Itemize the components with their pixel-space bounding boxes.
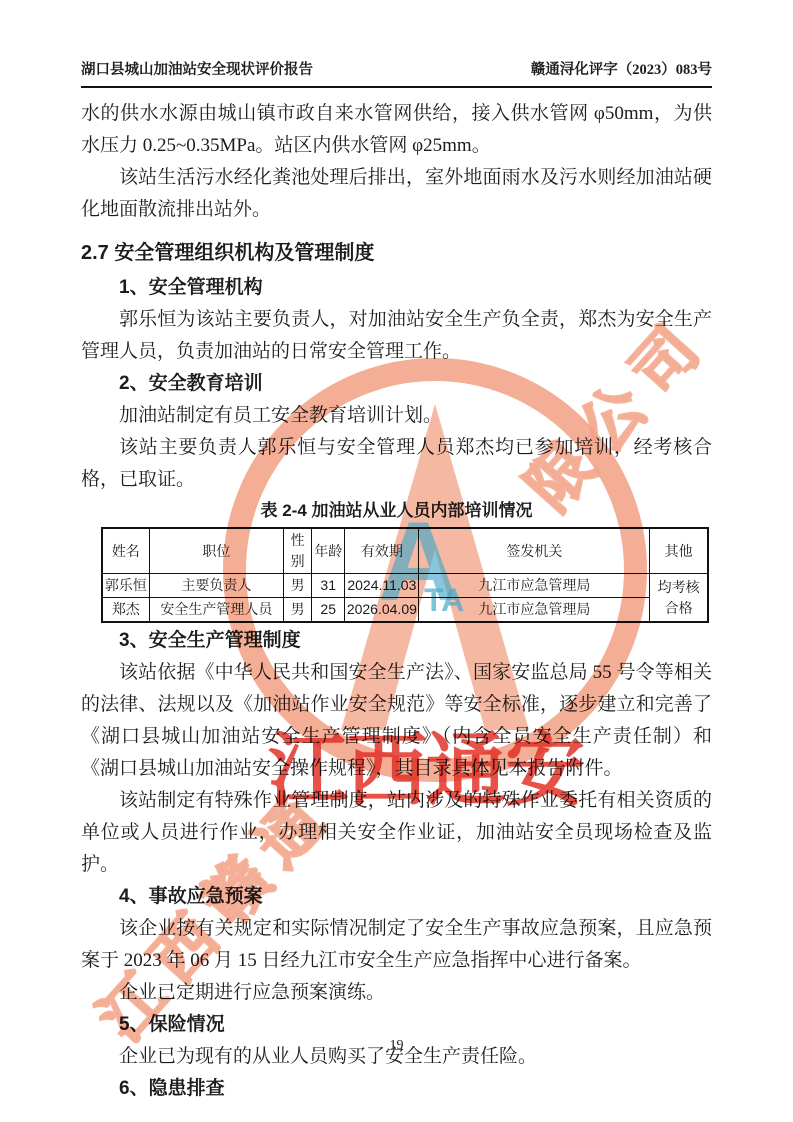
document-body: 水的供水水源由城山镇市政自来水管网供给，接入供水管网 φ50mm，为供水压力 0… — [81, 98, 712, 1105]
section-heading-2-7: 2.7 安全管理组织机构及管理制度 — [81, 236, 712, 270]
cell-position: 主要负责人 — [149, 574, 283, 598]
paragraph-sewage: 该站生活污水经化粪池处理后排出，室外地面雨水及污水则经加油站硬化地面散流排出站外… — [81, 162, 712, 226]
cell-gender: 男 — [284, 598, 312, 623]
paragraph-training-plan: 加油站制定有员工安全教育培训计划。 — [81, 400, 712, 432]
table-row: 郭乐恒 主要负责人 男 31 2024.11.03 九江市应急管理局 均考核合格 — [102, 574, 708, 598]
table-row: 郑杰 安全生产管理人员 男 25 2026.04.09 九江市应急管理局 — [102, 598, 708, 623]
cell-other-merged: 均考核合格 — [650, 574, 708, 623]
paragraph-org-duties: 郭乐恒为该站主要负责人，对加油站安全生产负全责，郑杰为安全生产管理人员，负责加油… — [81, 304, 712, 368]
paragraph-emergency-filing: 该企业按有关规定和实际情况制定了安全生产事故应急预案，且应急预案于 2023 年… — [81, 913, 712, 977]
document-page: 湖口县城山加油站安全现状评价报告 赣通浔化评字（2023）083号 水的供水水源… — [0, 0, 793, 1122]
cell-position: 安全生产管理人员 — [149, 598, 283, 623]
paragraph-water-supply: 水的供水水源由城山镇市政自来水管网供给，接入供水管网 φ50mm，为供水压力 0… — [81, 98, 712, 162]
column-header-age: 年龄 — [312, 528, 345, 574]
training-table: 姓名 职位 性别 年龄 有效期 签发机关 其他 郭乐恒 主要负责人 男 31 2… — [101, 527, 709, 623]
cell-name: 郑杰 — [102, 598, 149, 623]
column-header-name: 姓名 — [102, 528, 149, 574]
cell-authority: 九江市应急管理局 — [419, 574, 650, 598]
cell-age: 25 — [312, 598, 345, 623]
subheading-2-safety-training: 2、安全教育培训 — [81, 368, 712, 400]
subheading-5-insurance: 5、保险情况 — [81, 1009, 712, 1041]
paragraph-training-result: 该站主要负责人郭乐恒与安全管理人员郑杰均已参加培训，经考核合格，已取证。 — [81, 432, 712, 496]
paragraph-drill: 企业已定期进行应急预案演练。 — [81, 977, 712, 1009]
column-header-other: 其他 — [650, 528, 708, 574]
page-number: 19 — [0, 1038, 793, 1054]
table-header-row: 姓名 职位 性别 年龄 有效期 签发机关 其他 — [102, 528, 708, 574]
cell-validity: 2026.04.09 — [345, 598, 419, 623]
subheading-1-management-org: 1、安全管理机构 — [81, 272, 712, 304]
column-header-position: 职位 — [149, 528, 283, 574]
subheading-6-hazard-inspection: 6、隐患排查 — [81, 1073, 712, 1105]
column-header-validity: 有效期 — [345, 528, 419, 574]
cell-name: 郭乐恒 — [102, 574, 149, 598]
column-header-authority: 签发机关 — [419, 528, 650, 574]
header-report-title: 湖口县城山加油站安全现状评价报告 — [81, 58, 313, 79]
cell-gender: 男 — [284, 574, 312, 598]
paragraph-rules: 该站依据《中华人民共和国安全生产法》、国家安监总局 55 号令等相关的法律、法规… — [81, 657, 712, 785]
subheading-3-management-rules: 3、安全生产管理制度 — [81, 625, 712, 657]
cell-age: 31 — [312, 574, 345, 598]
header-doc-number: 赣通浔化评字（2023）083号 — [531, 58, 712, 79]
column-header-gender: 性别 — [284, 528, 312, 574]
cell-validity: 2024.11.03 — [345, 574, 419, 598]
table-caption: 表 2-4 加油站从业人员内部培训情况 — [81, 496, 712, 526]
paragraph-special-work: 该站制定有特殊作业管理制度，站内涉及的特殊作业委托有相关资质的单位或人员进行作业… — [81, 785, 712, 881]
cell-authority: 九江市应急管理局 — [419, 598, 650, 623]
page-header: 湖口县城山加油站安全现状评价报告 赣通浔化评字（2023）083号 — [81, 58, 712, 88]
subheading-4-emergency-plan: 4、事故应急预案 — [81, 881, 712, 913]
